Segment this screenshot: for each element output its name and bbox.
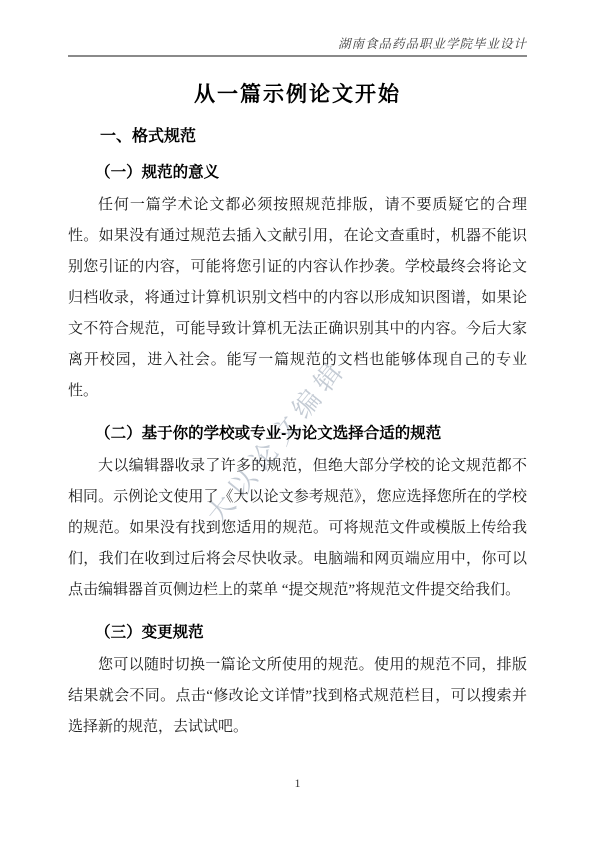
document-title: 从一篇示例论文开始	[68, 78, 527, 108]
section-heading-1: 一、格式规范	[68, 123, 527, 146]
subsection-heading-1-2: （二）基于你的学校或专业-为论文选择合适的规范	[68, 421, 527, 443]
paragraph-1-2: 大以编辑器收录了许多的规范，但绝大部分学校的论文规范都不相同。示例论文使用了《大…	[68, 451, 527, 606]
paragraph-1-3: 您可以随时切换一篇论文所使用的规范。使用的规范不同，排版结果就会不同。点击“修改…	[68, 650, 527, 743]
subsection-heading-1-3: （三）变更规范	[68, 620, 527, 642]
paragraph-1-1: 任何一篇学术论文都必须按照规范排版，请不要质疑它的合理性。如果没有通过规范去插入…	[68, 190, 527, 407]
running-header: 湖南食品药品职业学院毕业设计	[68, 34, 527, 57]
page-content: 湖南食品药品职业学院毕业设计 从一篇示例论文开始 一、格式规范 （一）规范的意义…	[68, 34, 527, 743]
subsection-heading-1-1: （一）规范的意义	[68, 160, 527, 182]
document-page: 大以论文编辑 湖南食品药品职业学院毕业设计 从一篇示例论文开始 一、格式规范 （…	[0, 0, 595, 842]
page-number: 1	[0, 776, 595, 791]
